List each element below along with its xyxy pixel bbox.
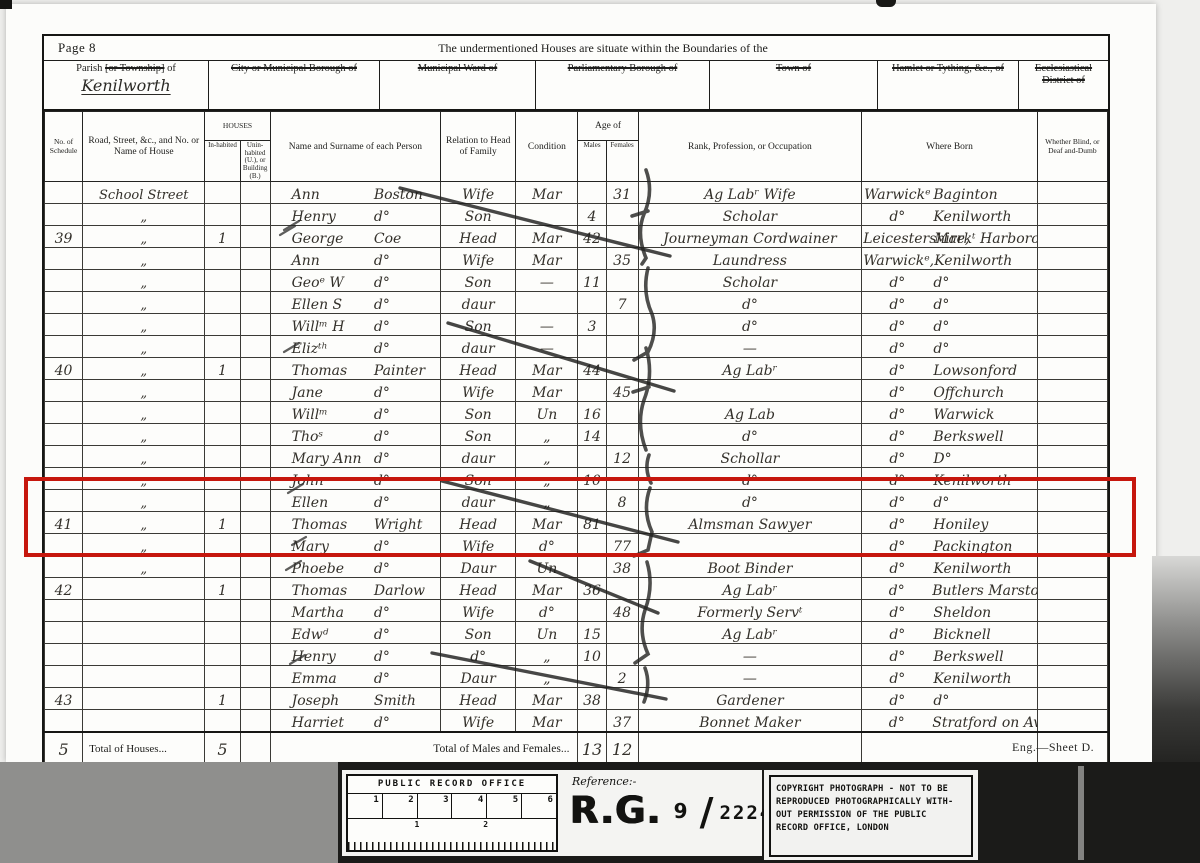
cell-houses-uninhabited <box>240 380 270 402</box>
boundary-label-struck: Hamlet or Tything, &c., of <box>892 63 1004 74</box>
cell-condition: — <box>516 314 578 336</box>
cell-houses-uninhabited <box>240 226 270 248</box>
copyright-stamp: COPYRIGHT PHOTOGRAPH - NOT TO BEREPRODUC… <box>764 770 978 860</box>
cell-blind-deaf <box>1037 424 1107 446</box>
cell-houses-uninhabited <box>240 644 270 666</box>
surname: d° <box>370 650 439 665</box>
cell-relation: Daur <box>441 556 516 578</box>
cell-houses-inhabited <box>205 710 240 733</box>
cell-relation: Son <box>441 424 516 446</box>
cell-age-male: 10 <box>578 644 606 666</box>
cell-occupation: Ag Labʳ Wife <box>638 182 862 204</box>
ruler-number: 4 <box>451 794 486 818</box>
forename: Phoebe <box>272 562 370 577</box>
cell-occupation <box>638 380 862 402</box>
boundary-label-text: Parish <box>76 63 105 74</box>
cell-person-name: Emmad° <box>270 666 440 688</box>
cell-blind-deaf <box>1037 314 1107 336</box>
census-row: „Thoˢd°Son„14d°d°Berkswell <box>45 424 1108 446</box>
cell-relation: Son <box>441 402 516 424</box>
born-place: Kenilworth <box>931 562 1035 577</box>
census-row: „Geoᵉ Wd°Son—11Scholard°d° <box>45 270 1108 292</box>
born-place: d° <box>931 320 1035 335</box>
red-highlight-annotation <box>24 477 1136 557</box>
cell-where-born: d°Berkswell <box>862 644 1037 666</box>
col-header-relation: Relation to Head of Family <box>441 112 516 182</box>
boundary-field: Parliamentary Borough of <box>535 61 709 109</box>
born-place: Stratford on Avon <box>930 716 1035 731</box>
cell-condition: „ <box>516 446 578 468</box>
cell-schedule-number <box>45 182 83 204</box>
census-row: „Janed°WifeMar45d°Offchurch <box>45 380 1108 402</box>
table-body: School StreetAnnBostonWifeMar31Ag Labʳ W… <box>45 182 1108 733</box>
born-place: Kenilworth <box>931 210 1035 225</box>
boundary-label-struck: [or Township] <box>105 63 164 74</box>
cell-relation: Wife <box>441 710 516 733</box>
cell-houses-uninhabited <box>240 292 270 314</box>
cell-blind-deaf <box>1037 556 1107 578</box>
surname: Smith <box>370 694 439 709</box>
cell-blind-deaf <box>1037 622 1107 644</box>
cell-road-street <box>83 666 205 688</box>
cell-age-male: 14 <box>578 424 606 446</box>
cell-schedule-number: 40 <box>45 358 83 380</box>
cell-age-male <box>578 556 606 578</box>
cell-age-female <box>606 314 638 336</box>
cell-houses-uninhabited <box>240 358 270 380</box>
surname: d° <box>370 276 439 291</box>
cell-road-street <box>83 622 205 644</box>
cell-condition: Mar <box>516 226 578 248</box>
cell-relation: Wife <box>441 248 516 270</box>
ruler-sub-number: 1 <box>415 820 420 829</box>
cell-age-male <box>578 336 606 358</box>
pro-ruler-numbers: 123456 <box>348 794 556 819</box>
cell-condition <box>516 204 578 226</box>
cell-houses-inhabited <box>205 666 240 688</box>
cell-schedule-number <box>45 336 83 358</box>
born-county: d° <box>863 276 931 291</box>
cell-person-name: Geoᵉ Wd° <box>270 270 440 292</box>
cell-age-female <box>606 270 638 292</box>
total-houses-label: Total of Houses... <box>83 732 205 766</box>
surname: d° <box>370 562 439 577</box>
born-county: Warwickᵉ <box>863 188 931 203</box>
cell-houses-inhabited <box>205 336 240 358</box>
cell-houses-inhabited <box>205 622 240 644</box>
cell-schedule-number <box>45 644 83 666</box>
copyright-text: COPYRIGHT PHOTOGRAPH - NOT TO BEREPRODUC… <box>769 775 973 857</box>
cell-occupation: d° <box>638 292 862 314</box>
census-row: Marthad°Wifed°48Formerly Servᵗd°Sheldon <box>45 600 1108 622</box>
born-county: d° <box>863 672 931 687</box>
cell-age-female: 38 <box>606 556 638 578</box>
cell-blind-deaf <box>1037 226 1107 248</box>
cell-age-female: 48 <box>606 600 638 622</box>
cell-schedule-number <box>45 622 83 644</box>
cell-houses-inhabited: 1 <box>205 688 240 710</box>
ruler-number: 1 <box>348 794 382 818</box>
cell-condition: „ <box>516 644 578 666</box>
boundary-label-struck: Parliamentary Borough of <box>568 63 678 74</box>
cell-schedule-number <box>45 666 83 688</box>
boundary-label-struck: City or Municipal Borough of <box>231 63 357 74</box>
forename: Joseph <box>272 694 370 709</box>
forename: Harriet <box>272 716 370 731</box>
cell-houses-uninhabited <box>240 600 270 622</box>
cell-occupation: Journeyman Cordwainer <box>638 226 862 248</box>
col-header-females: Females <box>606 141 638 182</box>
forename: Willᵐ H <box>272 320 370 335</box>
surname: d° <box>370 452 439 467</box>
cell-person-name: Phoebed° <box>270 556 440 578</box>
census-row: 40„1ThomasPainterHeadMar44Ag Labʳd°Lowso… <box>45 358 1108 380</box>
cell-occupation: — <box>638 336 862 358</box>
cell-condition: d° <box>516 600 578 622</box>
forename: Martha <box>272 606 370 621</box>
cell-age-female <box>606 226 638 248</box>
cell-road-street: „ <box>83 204 205 226</box>
cell-houses-inhabited <box>205 204 240 226</box>
cell-age-female: 45 <box>606 380 638 402</box>
cell-houses-inhabited <box>205 292 240 314</box>
totals-empty-cell <box>240 732 270 766</box>
born-place: Berkswell <box>931 650 1035 665</box>
cell-houses-inhabited <box>205 424 240 446</box>
born-county: d° <box>863 694 931 709</box>
cell-houses-uninhabited <box>240 402 270 424</box>
cell-person-name: Janed° <box>270 380 440 402</box>
reference-label: Reference:- <box>572 775 636 788</box>
cell-age-male: 3 <box>578 314 606 336</box>
census-row: „Mary Annd°daur„12Schollard°D° <box>45 446 1108 468</box>
surname: d° <box>370 430 439 445</box>
cell-schedule-number: 43 <box>45 688 83 710</box>
cell-occupation: Ag Labʳ <box>638 358 862 380</box>
cell-houses-inhabited: 1 <box>205 578 240 600</box>
copyright-line: OUT PERMISSION OF THE PUBLIC <box>776 809 966 822</box>
forename: Henry <box>272 210 370 225</box>
cell-relation: Head <box>441 358 516 380</box>
born-county: d° <box>863 386 931 401</box>
surname: Painter <box>370 364 439 379</box>
boundary-label-struck: Municipal Ward of <box>418 63 497 74</box>
born-place: Baginton <box>931 188 1035 203</box>
born-place: Bicknell <box>931 628 1035 643</box>
cell-road-street: „ <box>83 556 205 578</box>
cell-houses-uninhabited <box>240 688 270 710</box>
cell-road-street: School Street <box>83 182 205 204</box>
totals-empty-cell <box>638 732 862 766</box>
born-place: Offchurch <box>931 386 1035 401</box>
col-header-inhabited: In-habited <box>205 141 240 182</box>
cell-age-female <box>606 424 638 446</box>
ruler-number: 5 <box>486 794 521 818</box>
forename: Emma <box>272 672 370 687</box>
cell-relation: daur <box>441 336 516 358</box>
cell-person-name: Willᵐd° <box>270 402 440 424</box>
cell-person-name: Marthad° <box>270 600 440 622</box>
census-row: Henryd°d°„10—d°Berkswell <box>45 644 1108 666</box>
total-females: 12 <box>606 732 638 766</box>
cell-schedule-number <box>45 600 83 622</box>
cell-age-male <box>578 380 606 402</box>
born-county: d° <box>863 562 931 577</box>
total-males: 13 <box>578 732 606 766</box>
cell-condition: Mar <box>516 380 578 402</box>
cell-relation: Son <box>441 622 516 644</box>
cell-where-born: d°Stratford on Avon <box>862 710 1037 733</box>
cell-blind-deaf <box>1037 204 1107 226</box>
cell-schedule-number <box>45 314 83 336</box>
film-edge-line <box>1078 766 1084 860</box>
born-county: d° <box>863 606 931 621</box>
cell-houses-inhabited: 1 <box>205 358 240 380</box>
boundary-label-text: of <box>164 63 175 74</box>
cell-where-born: d°Kenilworth <box>862 556 1037 578</box>
cell-age-male: 36 <box>578 578 606 600</box>
cell-houses-uninhabited <box>240 204 270 226</box>
cell-schedule-number <box>45 446 83 468</box>
page-number-label: Page 8 <box>44 40 218 56</box>
cell-where-born: WarwickᵉBaginton <box>862 182 1037 204</box>
cell-where-born: d°Kenilworth <box>862 204 1037 226</box>
cell-person-name: Mary Annd° <box>270 446 440 468</box>
copyright-line: REPRODUCED PHOTOGRAPHICALLY WITH- <box>776 796 966 809</box>
born-place: Markᵗ Harborough <box>932 232 1037 247</box>
col-header-blind: Whether Blind, or Deaf and-Dumb <box>1037 112 1107 182</box>
born-county: d° <box>863 452 931 467</box>
forename: Thoˢ <box>272 430 370 445</box>
cell-person-name: Edwᵈd° <box>270 622 440 644</box>
cell-age-female: 31 <box>606 182 638 204</box>
cell-occupation: Gardener <box>638 688 862 710</box>
cell-age-female: 35 <box>606 248 638 270</box>
cell-where-born: d°Kenilworth <box>862 666 1037 688</box>
cell-occupation: Scholar <box>638 270 862 292</box>
ruler-number: 3 <box>417 794 452 818</box>
cell-where-born: d°Sheldon <box>862 600 1037 622</box>
born-place: Kenilworth <box>931 672 1035 687</box>
born-county: d° <box>863 716 930 731</box>
cell-houses-inhabited <box>205 446 240 468</box>
cell-condition: Un <box>516 556 578 578</box>
scan-corner-artifact <box>0 0 12 9</box>
cell-schedule-number <box>45 402 83 424</box>
cell-occupation: d° <box>638 424 862 446</box>
cell-relation: daur <box>441 292 516 314</box>
cell-relation: Daur <box>441 666 516 688</box>
cell-road-street <box>83 578 205 600</box>
col-header-condition: Condition <box>516 112 578 182</box>
boundary-note: The undermentioned Houses are situate wi… <box>218 41 1108 56</box>
cell-occupation: Laundress <box>638 248 862 270</box>
forename: Ellen S <box>272 298 370 313</box>
cell-houses-uninhabited <box>240 622 270 644</box>
cell-occupation: Schollar <box>638 446 862 468</box>
cell-road-street: „ <box>83 336 205 358</box>
cell-road-street <box>83 644 205 666</box>
cell-condition: — <box>516 270 578 292</box>
census-form: Page 8 The undermentioned Houses are sit… <box>42 34 1110 768</box>
born-county: d° <box>863 298 931 313</box>
boundary-fields-row: Parish [or Township] ofKenilworthCity or… <box>44 61 1108 111</box>
col-header-age-group: Age of <box>578 112 638 141</box>
cell-relation: d° <box>441 644 516 666</box>
cell-occupation: Ag Labʳ <box>638 578 862 600</box>
census-row: „Henryd°Son4Scholard°Kenilworth <box>45 204 1108 226</box>
cell-occupation: Scholar <box>638 204 862 226</box>
cell-age-male: 38 <box>578 688 606 710</box>
cell-person-name: AnnBoston <box>270 182 440 204</box>
surname: Boston <box>370 188 439 203</box>
col-header-rank: Rank, Profession, or Occupation <box>638 112 862 182</box>
cell-person-name: Henryd° <box>270 204 440 226</box>
census-row: 421ThomasDarlowHeadMar36Ag Labʳd°Butlers… <box>45 578 1108 600</box>
cell-relation: Wife <box>441 380 516 402</box>
cell-houses-inhabited <box>205 556 240 578</box>
pro-ruler-stamp: PUBLIC RECORD OFFICE 123456 12 <box>346 774 558 852</box>
born-place: Lowsonford <box>931 364 1035 379</box>
forename: Edwᵈ <box>272 628 370 643</box>
cell-road-street: „ <box>83 226 205 248</box>
census-row: 431JosephSmithHeadMar38Gardenerd°d° <box>45 688 1108 710</box>
cell-houses-uninhabited <box>240 248 270 270</box>
forename: Willᵐ <box>272 408 370 423</box>
cell-houses-uninhabited <box>240 578 270 600</box>
cell-relation: Wife <box>441 182 516 204</box>
cell-person-name: ThomasPainter <box>270 358 440 380</box>
cell-road-street: „ <box>83 402 205 424</box>
form-header-strip: Page 8 The undermentioned Houses are sit… <box>44 36 1108 61</box>
surname: d° <box>370 254 439 269</box>
cell-where-born: d°Warwick <box>862 402 1037 424</box>
series-code: R.G. <box>570 794 662 827</box>
cell-houses-inhabited <box>205 182 240 204</box>
cell-relation: Wife <box>441 600 516 622</box>
census-row-highlighted: „Phoebed°DaurUn38Boot Binderd°Kenilworth <box>45 556 1108 578</box>
born-place: Warwick <box>931 408 1035 423</box>
cell-blind-deaf <box>1037 380 1107 402</box>
copyright-line: COPYRIGHT PHOTOGRAPH - NOT TO BE <box>776 783 966 796</box>
surname: d° <box>370 408 439 423</box>
cell-age-female <box>606 578 638 600</box>
cell-houses-uninhabited <box>240 446 270 468</box>
cell-relation: daur <box>441 446 516 468</box>
census-row: „Willᵐ Hd°Son—3d°d°d° <box>45 314 1108 336</box>
boundary-field: City or Municipal Borough of <box>208 61 379 109</box>
total-males-females-label: Total of Males and Females... <box>270 732 578 766</box>
cell-road-street: „ <box>83 380 205 402</box>
enumeration-table: No. of Schedule Road, Street, &c., and N… <box>44 111 1108 766</box>
cell-occupation: Formerly Servᵗ <box>638 600 862 622</box>
separator-slash: / <box>700 797 714 827</box>
census-row: 39„1GeorgeCoeHeadMar42Journeyman Cordwai… <box>45 226 1108 248</box>
cell-road-street: „ <box>83 358 205 380</box>
cell-occupation: Bonnet Maker <box>638 710 862 733</box>
cell-houses-uninhabited <box>240 270 270 292</box>
forename: Ann <box>272 254 370 269</box>
census-row: „Willᵐd°SonUn16Ag Labd°Warwick <box>45 402 1108 424</box>
census-row: Edwᵈd°SonUn15Ag Labʳd°Bicknell <box>45 622 1108 644</box>
cell-occupation: — <box>638 666 862 688</box>
cell-condition <box>516 292 578 314</box>
cell-schedule-number <box>45 710 83 733</box>
cell-blind-deaf <box>1037 182 1107 204</box>
cell-occupation: — <box>638 644 862 666</box>
cell-blind-deaf <box>1037 446 1107 468</box>
cell-houses-uninhabited <box>240 710 270 733</box>
cell-houses-uninhabited <box>240 182 270 204</box>
cell-age-male <box>578 446 606 468</box>
ruler-number: 2 <box>382 794 417 818</box>
cell-where-born: d°d° <box>862 314 1037 336</box>
cell-road-street: „ <box>83 446 205 468</box>
cell-person-name: Henryd° <box>270 644 440 666</box>
born-county: d° <box>863 650 931 665</box>
total-houses-left: 5 <box>45 732 83 766</box>
surname: d° <box>370 386 439 401</box>
cell-age-male <box>578 666 606 688</box>
cell-blind-deaf <box>1037 248 1107 270</box>
cell-houses-inhabited <box>205 600 240 622</box>
surname: d° <box>370 298 439 313</box>
cell-schedule-number <box>45 204 83 226</box>
cell-person-name: Ellen Sd° <box>270 292 440 314</box>
cell-blind-deaf <box>1037 270 1107 292</box>
col-header-males: Males <box>578 141 606 182</box>
forename: Jane <box>272 386 370 401</box>
cell-age-female <box>606 644 638 666</box>
cell-age-male <box>578 248 606 270</box>
cell-houses-inhabited <box>205 380 240 402</box>
cell-person-name: Elizᵗʰd° <box>270 336 440 358</box>
pro-ruler-scale: 12 <box>348 819 556 850</box>
born-place: Sheldon <box>931 606 1035 621</box>
cell-where-born: Warwickᵉ,Kenilworth <box>862 248 1037 270</box>
born-place: d° <box>931 694 1035 709</box>
cell-condition: Mar <box>516 248 578 270</box>
cell-person-name: GeorgeCoe <box>270 226 440 248</box>
col-header-road: Road, Street, &c., and No. or Name of Ho… <box>83 112 205 182</box>
born-county: Leicestershire, <box>863 232 932 247</box>
cell-age-male <box>578 292 606 314</box>
cell-schedule-number: 42 <box>45 578 83 600</box>
col-header-name: Name and Surname of each Person <box>270 112 440 182</box>
cell-relation: Head <box>441 226 516 248</box>
pro-title: PUBLIC RECORD OFFICE <box>348 776 556 794</box>
cell-condition: Mar <box>516 358 578 380</box>
cell-relation: Head <box>441 688 516 710</box>
scan-edge-artifact <box>876 0 896 7</box>
cell-age-male: 15 <box>578 622 606 644</box>
boundary-field: Hamlet or Tything, &c., of <box>877 61 1018 109</box>
cell-where-born: d°Bicknell <box>862 622 1037 644</box>
cell-where-born: Leicestershire,Markᵗ Harborough <box>862 226 1037 248</box>
cell-houses-inhabited <box>205 314 240 336</box>
cell-age-female <box>606 688 638 710</box>
cell-blind-deaf <box>1037 600 1107 622</box>
cell-age-male: 11 <box>578 270 606 292</box>
copyright-line: RECORD OFFICE, LONDON <box>776 822 966 835</box>
forename: Elizᵗʰ <box>272 342 370 357</box>
boundary-label-struck: Ecclesiastical District of <box>1035 63 1092 86</box>
boundary-field: Municipal Ward of <box>379 61 535 109</box>
boundary-field: Town of <box>709 61 877 109</box>
cell-road-street: „ <box>83 292 205 314</box>
cell-occupation: d° <box>638 314 862 336</box>
total-houses-count: 5 <box>205 732 240 766</box>
